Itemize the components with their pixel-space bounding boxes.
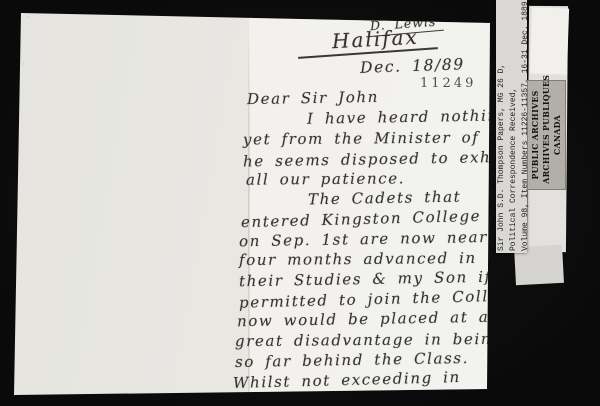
public-archives-stamp-rotated-text: PUBLIC ARCHIVES ARCHIVES PUBLIQUES CANAD… (529, 82, 566, 188)
archive-label-rotated-text: Sir John S.D. Thompson Papers, MG 26 D, … (496, 0, 527, 253)
stamp-line: CANADA (553, 86, 564, 184)
body-line: great disadvantage in being (235, 330, 503, 350)
public-archives-stamp: PUBLIC ARCHIVES ARCHIVES PUBLIQUES CANAD… (527, 80, 566, 190)
date-line: Dec. 18/89 (360, 55, 465, 77)
stamp-line: PUBLIC ARCHIVES (531, 86, 542, 184)
body-line: all our patience. (246, 169, 405, 188)
body-line: I have heard nothing (307, 106, 510, 128)
salutation-line: Dear Sir John (247, 88, 379, 108)
microfilm-background: D. Lewis Halifax Dec. 18/89 11249 Dear S… (0, 0, 600, 406)
body-line: The Cadets that (308, 188, 462, 209)
item-number-stamp: 11249 (420, 76, 476, 91)
dust-speck (22, 63, 24, 65)
archive-label-strip: Sir John S.D. Thompson Papers, MG 26 D, … (496, 0, 527, 253)
archive-label-line: Political Correspondence Received, (508, 0, 520, 253)
archive-label-line: Sir John S.D. Thompson Papers, MG 26 D, (496, 0, 508, 253)
stamp-line: ARCHIVES PUBLIQUES (542, 86, 553, 184)
dust-speck (27, 16, 29, 18)
archive-card-tab-top (530, 7, 569, 74)
body-line: four months advanced in (239, 249, 477, 269)
